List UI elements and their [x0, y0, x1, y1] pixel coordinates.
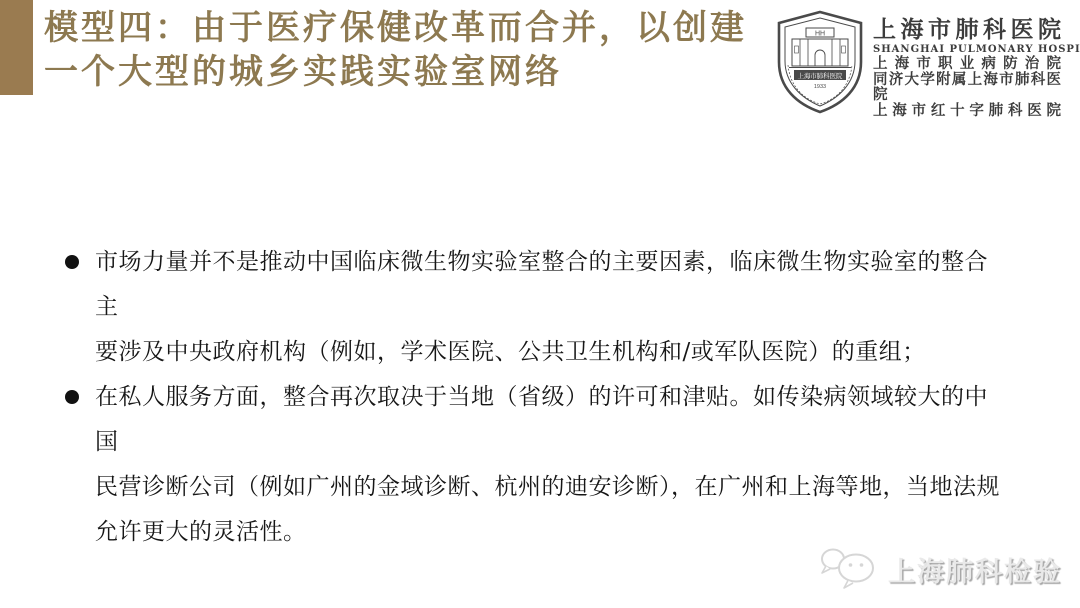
- hospital-logo-text: 上海市肺科医院 SHANGHAI PULMONARY HOSPITAL 上海市职…: [873, 16, 1061, 119]
- watermark-label: 上海肺科检验: [888, 550, 1062, 589]
- emblem-year-text: 1933: [814, 84, 826, 90]
- hospital-name-cn: 上海市肺科医院: [873, 16, 1061, 43]
- list-item: 在私人服务方面，整合再次取决于当地（省级）的许可和津贴。如传染病领域较大的中国 …: [65, 375, 1010, 555]
- slide: 模型四：由于医疗保健改革而合并，以创建 一个大型的城乡实践实验室网络 HH 上海…: [0, 0, 1080, 608]
- wechat-icon: [818, 546, 882, 592]
- hospital-name-en: SHANGHAI PULMONARY HOSPITAL: [873, 43, 1061, 57]
- emblem-banner-text: 上海市肺科医院: [798, 71, 843, 80]
- bullet-icon: [65, 390, 79, 404]
- slide-body: 市场力量并不是推动中国临床微生物实验室整合的主要因素，临床微生物实验室的整合主 …: [65, 240, 1010, 555]
- bullet-2-line-1: 在私人服务方面，整合再次取决于当地（省级）的许可和津贴。如传染病领域较大的中国: [95, 375, 1010, 465]
- svg-text:HH: HH: [815, 31, 825, 38]
- hospital-affiliate-2: 同济大学附属上海市肺科医院: [873, 73, 1061, 104]
- title-accent-bar: [0, 0, 33, 95]
- bullet-1-line-1: 市场力量并不是推动中国临床微生物实验室整合的主要因素，临床微生物实验室的整合主: [95, 240, 1010, 330]
- hospital-affiliate-1: 上海市职业病防治院: [873, 57, 1061, 73]
- slide-title: 模型四：由于医疗保健改革而合并，以创建 一个大型的城乡实践实验室网络: [44, 6, 747, 94]
- bullet-1-line-2: 要涉及中央政府机构（例如，学术医院、公共卫生机构和/或军队医院）的重组；: [95, 330, 1010, 375]
- hospital-logo: HH 上海市肺科医院 1933 上海市肺科医院 SHANGHAI PULMONA…: [775, 10, 1061, 119]
- hospital-affiliate-3: 上海市红十字肺科医院: [873, 104, 1061, 120]
- bullet-text: 在私人服务方面，整合再次取决于当地（省级）的许可和津贴。如传染病领域较大的中国 …: [95, 375, 1010, 555]
- list-item: 市场力量并不是推动中国临床微生物实验室整合的主要因素，临床微生物实验室的整合主 …: [65, 240, 1010, 375]
- hospital-emblem-icon: HH 上海市肺科医院 1933: [775, 10, 865, 114]
- title-line-2: 一个大型的城乡实践实验室网络: [44, 50, 747, 94]
- bullet-2-line-2: 民营诊断公司（例如广州的金域诊断、杭州的迪安诊断），在广州和上海等地，当地法规: [95, 465, 1010, 510]
- bullet-icon: [65, 255, 79, 269]
- title-line-1: 模型四：由于医疗保健改革而合并，以创建: [44, 6, 747, 50]
- watermark: 上海肺科检验: [818, 546, 1062, 592]
- bullet-text: 市场力量并不是推动中国临床微生物实验室整合的主要因素，临床微生物实验室的整合主 …: [95, 240, 1010, 375]
